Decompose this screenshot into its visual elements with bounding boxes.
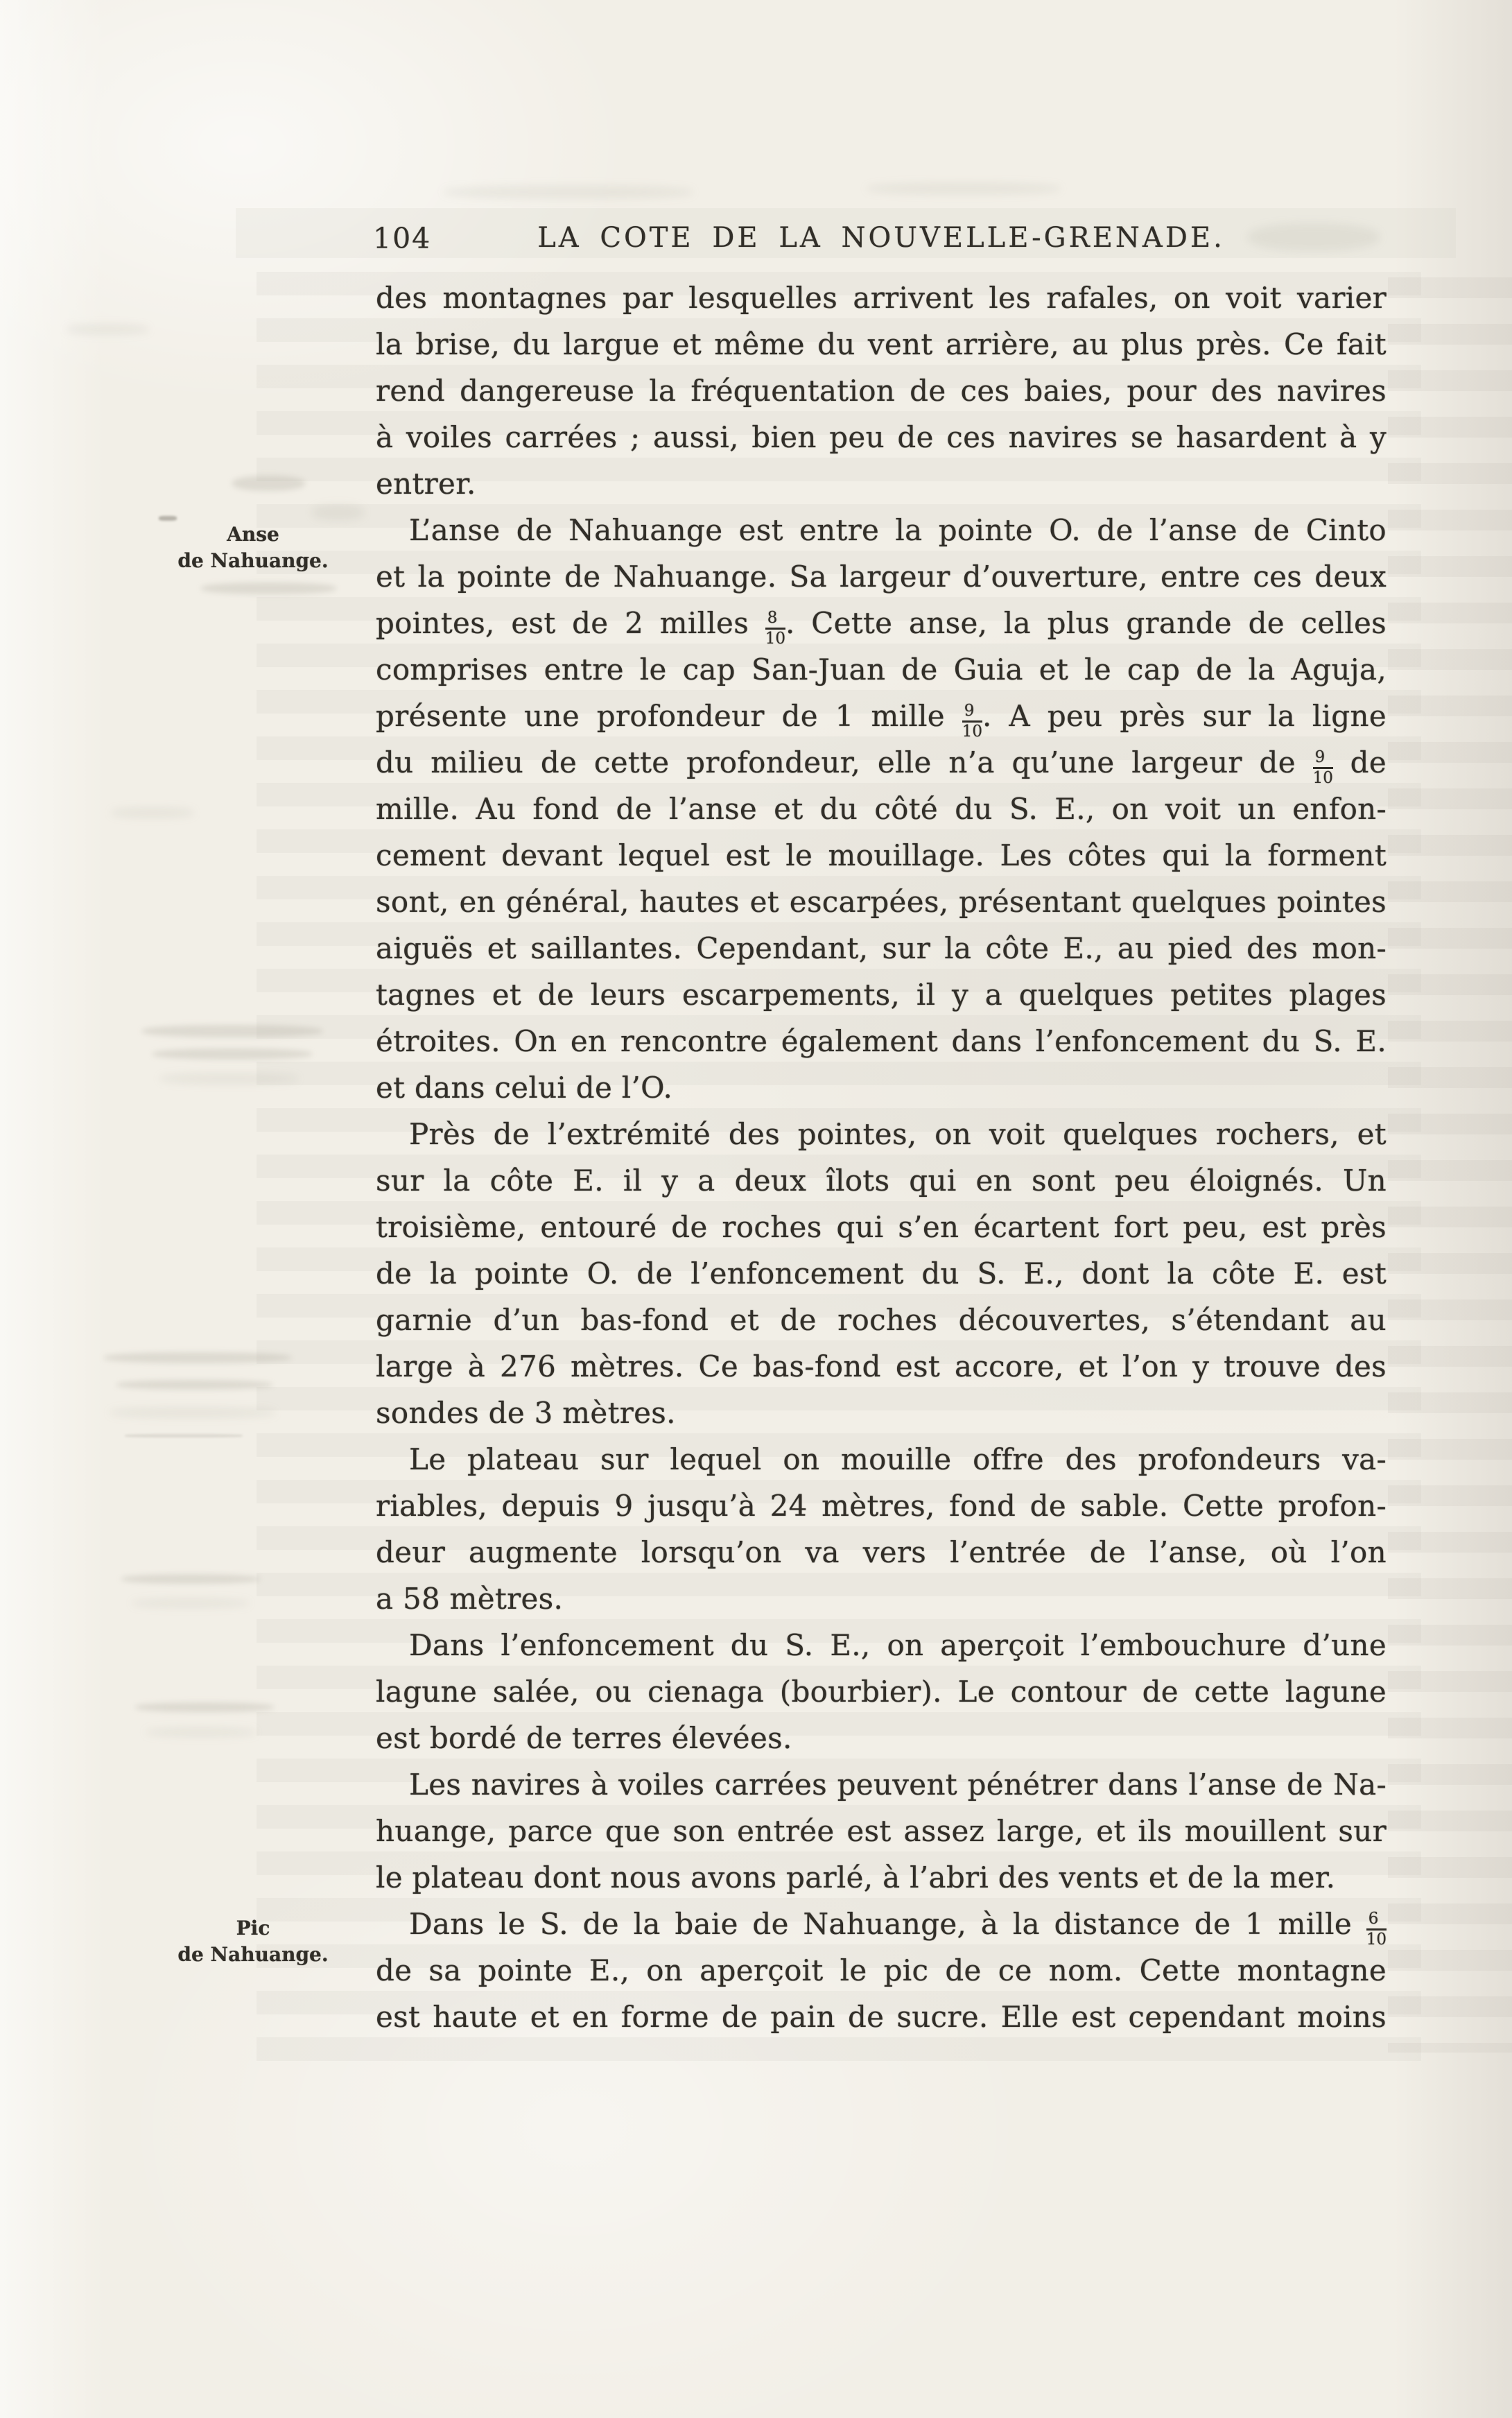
text-line: entrer. [376,460,1387,507]
text-line: Les navires à voiles carrées peuvent pén… [376,1761,1387,1808]
page-header: 104 LA COTE DE LA NOUVELLE-GRENADE. [376,222,1387,255]
text-line: la brise, du largue et même du vent arri… [376,321,1387,368]
text-line: pointes, est de 2 milles 810. Cette anse… [376,600,1387,646]
bleed-through-smudge [444,186,693,198]
bleed-through-smudge [104,1352,291,1363]
margin-note-pic-de-nahuange: Pic de Nahuange. [177,1915,329,1968]
text-line: de la pointe O. de l’enfoncement du S. E… [376,1250,1387,1297]
bleed-through-rule [125,1434,243,1437]
bleed-through-smudge [121,1574,260,1584]
fraction: 910 [962,703,982,740]
book-page: 104 LA COTE DE LA NOUVELLE-GRENADE. Anse… [0,0,1512,2418]
text-line: aiguës et saillantes. Cependant, sur la … [376,925,1387,971]
text-line: du milieu de cette profondeur, elle n’a … [376,739,1387,786]
margin-note-anse-de-nahuange: Anse de Nahuange. [177,521,329,574]
page-number: 104 [373,222,431,255]
running-title: LA COTE DE LA NOUVELLE-GRENADE. [376,222,1387,254]
text-line: est haute et en forme de pain de sucre. … [376,1994,1387,2040]
text-line: tagnes et de leurs escarpements, il y a … [376,971,1387,1018]
text-line: à voiles carrées ; aussi, bien peu de ce… [376,414,1387,460]
text-line: des montagnes par lesquelles arrivent le… [376,275,1387,321]
fraction: 910 [1313,750,1333,786]
text-line: est bordé de terres élevées. [376,1715,1387,1761]
text-line: a 58 mètres. [376,1575,1387,1622]
text-line: Dans le S. de la baie de Nahuange, à la … [376,1901,1387,1947]
margin-note-line: de Nahuange. [177,1942,329,1968]
text-line: étroites. On en rencontre également dans… [376,1018,1387,1064]
text-line: rend dangereuse la fréquentation de ces … [376,368,1387,414]
bleed-through-smudge [867,183,1061,194]
text-line: Dans l’enfoncement du S. E., on aperçoit… [376,1622,1387,1668]
bleed-through-smudge [116,1380,272,1390]
bleed-through-smudge [66,325,149,334]
body-text: des montagnes par lesquelles arrivent le… [376,275,1387,2040]
text-line: et la pointe de Nahuange. Sa largeur d’o… [376,553,1387,600]
text-line: cement devant lequel est le mouillage. L… [376,832,1387,879]
bleed-through-smudge [232,476,305,491]
bleed-through-smudge [135,1702,274,1712]
bleed-through-smudge [146,1728,257,1736]
margin-note-line: de Nahuange. [177,548,329,574]
text-line: lagune salée, ou cienaga (bourbier). Le … [376,1668,1387,1715]
text-line: riables, depuis 9 jusqu’à 24 mètres, fon… [376,1483,1387,1529]
bleed-through-smudge [142,1025,322,1037]
margin-note-line: Pic [177,1915,329,1942]
fraction: 810 [765,610,785,647]
text-line: Le plateau sur lequel on mouille offre d… [376,1436,1387,1483]
text-line: sondes de 3 mètres. [376,1390,1387,1436]
margin-note-line: Anse [177,521,329,548]
text-line: large à 276 mètres. Ce bas-fond est acco… [376,1343,1387,1390]
bleed-through-smudge [132,1599,250,1607]
text-line: et dans celui de l’O. [376,1064,1387,1111]
text-line: sont, en général, hautes et escarpées, p… [376,879,1387,925]
text-line: huange, parce que son entrée est assez l… [376,1808,1387,1854]
text-line: de sa pointe E., on aperçoit le pic de c… [376,1947,1387,1994]
text-line: présente une profondeur de 1 mille 910. … [376,693,1387,739]
text-line: sur la côte E. il y a deux îlots qui en … [376,1157,1387,1204]
bleed-through-smudge [153,1048,312,1060]
bleed-through-smudge [312,505,364,520]
text-line: garnie d’un bas-fond et de roches découv… [376,1297,1387,1343]
fraction: 610 [1366,1911,1387,1948]
text-line: L’anse de Nahuange est entre la pointe O… [376,507,1387,553]
text-line: troisième, entouré de roches qui s’en éc… [376,1204,1387,1250]
bleed-through-smudge [111,808,194,818]
text-line: deur augmente lorsqu’on va vers l’entrée… [376,1529,1387,1575]
text-line: comprises entre le cap San-Juan de Guia … [376,646,1387,693]
text-line: Près de l’extrémité des pointes, on voit… [376,1111,1387,1157]
text-line: le plateau dont nous avons parlé, à l’ab… [376,1854,1387,1901]
scan-streaks-right-margin [1388,277,1512,2053]
text-line: mille. Au fond de l’anse et du côté du S… [376,786,1387,832]
bleed-through-smudge [110,1408,276,1417]
bleed-through-smudge [201,582,336,594]
bleed-through-dash [159,516,177,521]
bleed-through-smudge [159,1073,298,1084]
